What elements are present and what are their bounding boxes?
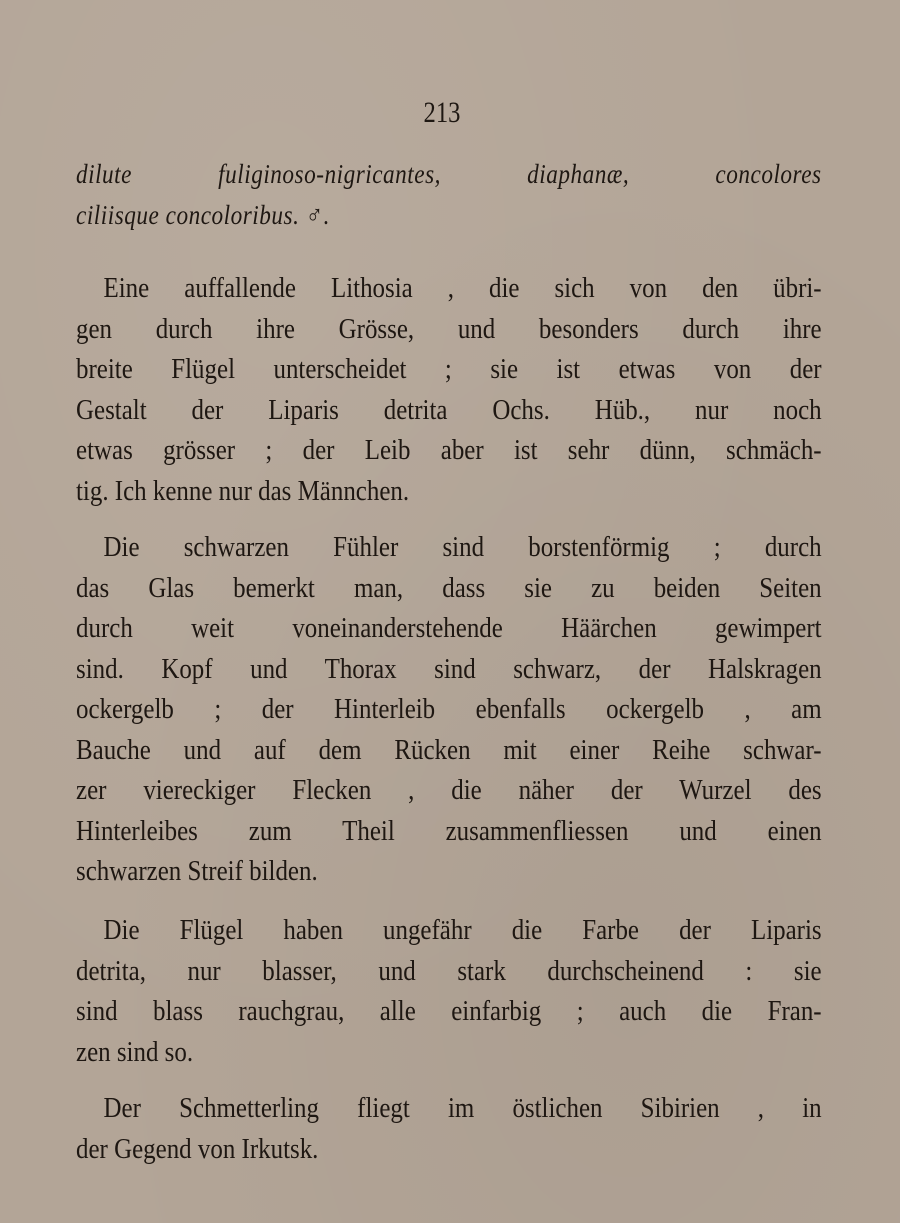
text-line: ciliisque concoloribus. ♂. [76,195,822,236]
text-line: schwarzen Streif bilden. [76,851,822,892]
text-line: zen sind so. [76,1032,822,1073]
page-number: 213 [80,96,805,130]
text-line: etwas grösser ; der Leib aber ist sehr d… [76,430,822,471]
text-line: Bauche und auf dem Rücken mit einer Reih… [76,730,822,771]
latin-description: dilute fuliginoso-nigricantes, diaphanæ,… [76,154,822,235]
text-line: sind. Kopf und Thorax sind schwarz, der … [76,649,822,690]
paragraph-2: Die schwarzen Fühler sind borstenförmig … [76,527,822,892]
paragraph-4: Der Schmetterling fliegt im östlichen Si… [76,1088,822,1169]
text-line: Eine auffallende Lithosia , die sich von… [76,268,822,309]
paragraph-3: Die Flügel haben ungefähr die Farbe der … [76,910,822,1072]
text-line: gen durch ihre Grösse, und besonders dur… [76,309,822,350]
text-line: ockergelb ; der Hinterleib ebenfalls ock… [76,689,822,730]
text-line: der Gegend von Irkutsk. [76,1129,822,1170]
text-line: das Glas bemerkt man, dass sie zu beiden… [76,568,822,609]
text-line: Gestalt der Liparis detrita Ochs. Hüb., … [76,390,822,431]
text-line: zer viereckiger Flecken , die näher der … [76,770,822,811]
text-line: durch weit voneinanderstehende Häärchen … [76,608,822,649]
text-line: tig. Ich kenne nur das Männchen. [76,471,822,512]
text-line: detrita, nur blasser, und stark durchsch… [76,951,822,992]
text-line: Der Schmetterling fliegt im östlichen Si… [76,1088,822,1129]
text-line: Hinterleibes zum Theil zusammenfliessen … [76,811,822,852]
text-line: Die schwarzen Fühler sind borstenförmig … [76,527,822,568]
text-line: dilute fuliginoso-nigricantes, diaphanæ,… [76,154,822,195]
text-line: sind blass rauchgrau, alle einfarbig ; a… [76,991,822,1032]
book-page: 213 dilute fuliginoso-nigricantes, diaph… [0,0,900,1223]
text-line: breite Flügel unterscheidet ; sie ist et… [76,349,822,390]
paragraph-1: Eine auffallende Lithosia , die sich von… [76,268,822,511]
text-line: Die Flügel haben ungefähr die Farbe der … [76,910,822,951]
